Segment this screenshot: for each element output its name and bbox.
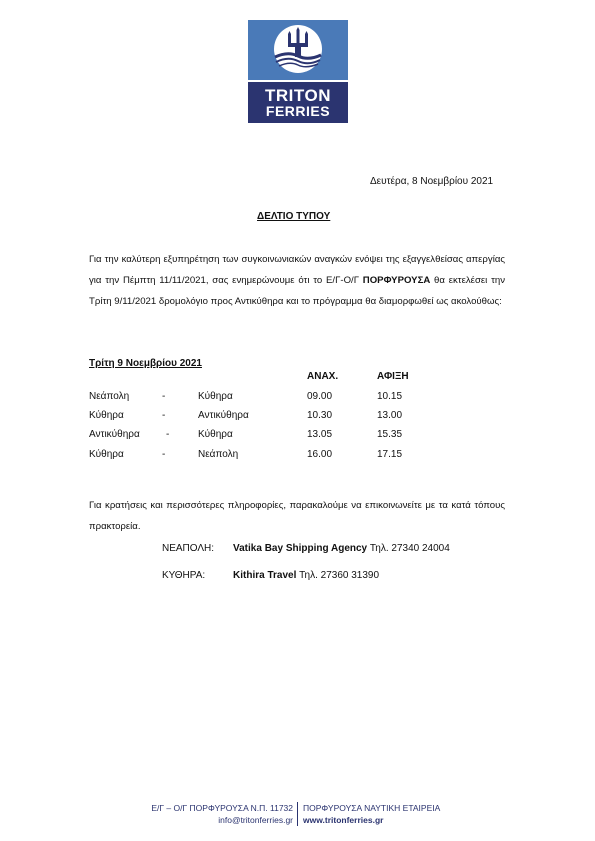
route-separator: - <box>162 449 165 460</box>
footer-email-link[interactable]: info@tritonferries.gr <box>151 814 293 826</box>
contact-kythira: ΚΥΘΗΡΑ:Kithira Travel Τηλ. 27360 31390 <box>162 570 379 581</box>
footer-divider <box>297 802 298 826</box>
departure-time: 10.30 <box>307 410 332 421</box>
arrival-time: 17.15 <box>377 449 402 460</box>
contact-location-label: ΝΕΑΠΟΛΗ: <box>162 543 233 554</box>
departure-time: 09.00 <box>307 391 332 402</box>
departure-column-header: ΑΝΑΧ. <box>307 371 338 382</box>
departure-time: 13.05 <box>307 429 332 440</box>
footer-company-name: ΠΟΡΦΥΡΟΥΣΑ ΝΑΥΤΙΚΗ ΕΤΑΙΡΕΙΑ <box>303 802 440 814</box>
route-to: Αντικύθηρα <box>198 410 249 421</box>
agency-name: Kithira Travel <box>233 570 296 581</box>
schedule-date-heading: Τρίτη 9 Νοεμβρίου 2021 <box>89 358 202 369</box>
document-date: Δευτέρα, 8 Νοεμβρίου 2021 <box>370 176 493 187</box>
triton-ferries-logo: TRITON FERRIES <box>248 20 348 123</box>
route-separator: - <box>162 410 165 421</box>
schedule-row: Κύθηρα - Αντικύθηρα 10.30 13.00 <box>0 410 595 430</box>
agency-name: Vatika Bay Shipping Agency <box>233 543 367 554</box>
schedule-row: Νεάπολη - Κύθηρα 09.00 10.15 <box>0 391 595 411</box>
route-from: Αντικύθηρα <box>89 429 140 440</box>
arrival-time: 15.35 <box>377 429 402 440</box>
route-to: Κύθηρα <box>198 391 233 402</box>
logo-text-ferries: FERRIES <box>248 103 348 119</box>
vessel-name: ΠΟΡΦΥΡΟΥΣΑ <box>363 275 430 286</box>
arrival-column-header: ΑΦΙΞΗ <box>377 371 409 382</box>
contact-location-label: ΚΥΘΗΡΑ: <box>162 570 233 581</box>
logo-emblem-area <box>248 20 348 80</box>
arrival-time: 13.00 <box>377 410 402 421</box>
route-from: Νεάπολη <box>89 391 129 402</box>
logo-wordmark-area: TRITON FERRIES <box>248 80 348 123</box>
route-to: Νεάπολη <box>198 449 238 460</box>
route-separator: - <box>166 429 169 440</box>
trident-wave-icon <box>248 20 348 80</box>
arrival-time: 10.15 <box>377 391 402 402</box>
intro-paragraph: Για την καλύτερη εξυπηρέτηση των συγκοιν… <box>89 249 505 312</box>
footer-vessel-registry: Ε/Γ – Ο/Γ ΠΟΡΦΥΡΟΥΣΑ Ν.Π. 11732 <box>151 802 293 814</box>
schedule-row: Κύθηρα - Νεάπολη 16.00 17.15 <box>0 449 595 469</box>
booking-info-paragraph: Για κρατήσεις και περισσότερες πληροφορί… <box>89 495 505 537</box>
footer-website-link[interactable]: www.tritonferries.gr <box>303 814 440 826</box>
agency-phone: Τηλ. 27340 24004 <box>370 543 450 554</box>
contact-neapoli: ΝΕΑΠΟΛΗ:Vatika Bay Shipping Agency Τηλ. … <box>162 543 450 554</box>
route-from: Κύθηρα <box>89 410 124 421</box>
route-separator: - <box>162 391 165 402</box>
schedule-row: Αντικύθηρα - Κύθηρα 13.05 15.35 <box>0 429 595 449</box>
departure-time: 16.00 <box>307 449 332 460</box>
agency-phone: Τηλ. 27360 31390 <box>299 570 379 581</box>
route-from: Κύθηρα <box>89 449 124 460</box>
document-title: ΔΕΛΤΙΟ ΤΥΠΟΥ <box>257 211 330 222</box>
footer-right: ΠΟΡΦΥΡΟΥΣΑ ΝΑΥΤΙΚΗ ΕΤΑΙΡΕΙΑ www.tritonfe… <box>303 802 440 826</box>
route-to: Κύθηρα <box>198 429 233 440</box>
footer-left: Ε/Γ – Ο/Γ ΠΟΡΦΥΡΟΥΣΑ Ν.Π. 11732 info@tri… <box>151 802 293 826</box>
